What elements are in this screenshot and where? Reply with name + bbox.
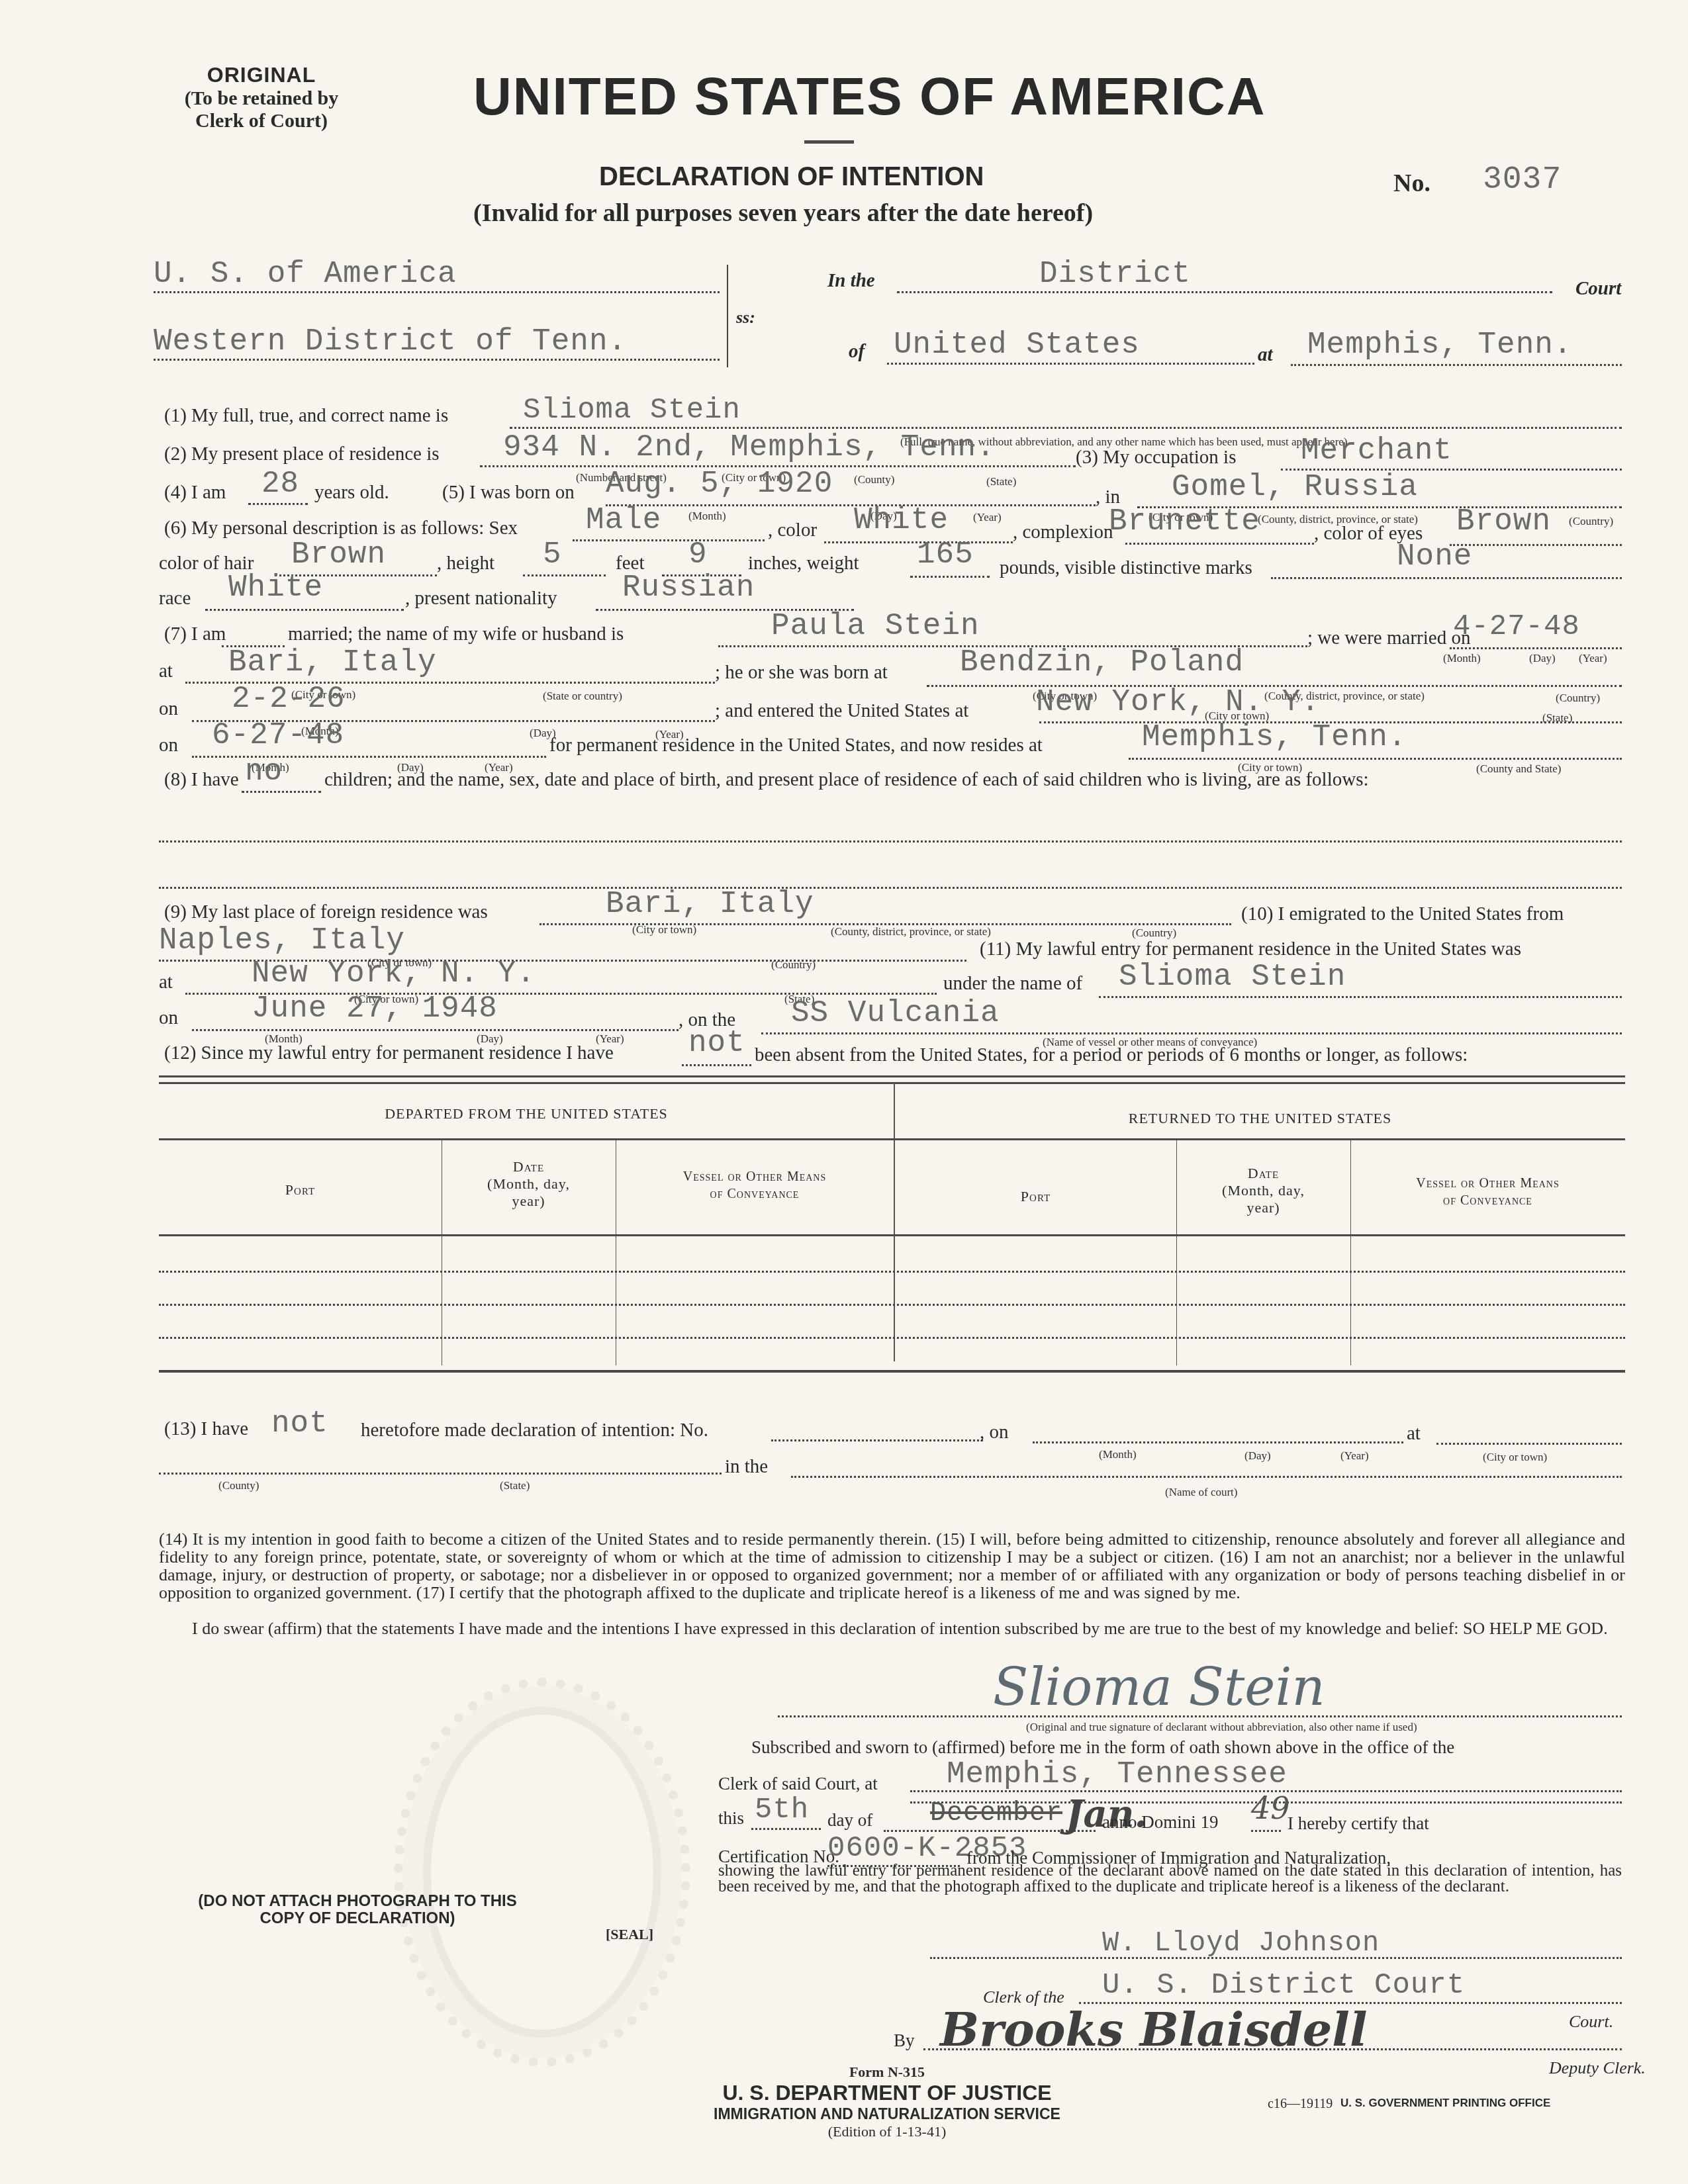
departed-date-sub-1: (Month, day, — [442, 1175, 616, 1193]
table-row-1 — [159, 1271, 1625, 1273]
service-name: IMMIGRATION AND NATURALIZATION SERVICE — [655, 2105, 1119, 2123]
q12-label: (12) Since my lawful entry for permanent… — [164, 1042, 614, 1064]
court-type-rule — [897, 291, 1552, 293]
entry-at-label: at — [159, 972, 173, 993]
q6-label: (6) My personal description is as follow… — [164, 518, 518, 539]
q13-on-label: , on — [980, 1422, 1009, 1443]
q13-county-state-rule — [159, 1473, 722, 1475]
caption-last-county: (County, district, province, or state) — [831, 925, 991, 938]
q4-suffix: years old. — [314, 482, 389, 504]
anno-label: anno Domini 19 — [1102, 1812, 1219, 1833]
seal-label: [SEAL] — [606, 1926, 653, 1943]
entry-on-label: on — [159, 1007, 178, 1029]
jurat-year-rule — [1251, 1830, 1281, 1832]
departed-date-sub-2: year) — [442, 1193, 616, 1210]
absent-field: not — [688, 1026, 745, 1060]
children-line-1 — [159, 841, 1622, 842]
returned-title: RETURNED TO THE UNITED STATES — [895, 1110, 1625, 1127]
vessel-rule — [761, 1032, 1622, 1034]
height-feet-field: 5 — [543, 537, 562, 572]
court-location: Memphis, Tenn. — [1307, 328, 1572, 362]
q13-court-rule — [791, 1476, 1622, 1478]
caption-last-city: (City or town) — [632, 923, 696, 936]
residence-field: 934 N. 2nd, Memphis, Tenn. — [503, 430, 996, 465]
declaration-number: 3037 — [1483, 162, 1562, 198]
oath-swear: I do swear (affirm) that the statements … — [159, 1619, 1625, 1637]
declarant-signature-rule — [778, 1715, 1622, 1717]
printer-name: U. S. GOVERNMENT PRINTING OFFICE — [1340, 2097, 1550, 2110]
jurat-intro: Subscribed and sworn to (affirmed) befor… — [751, 1737, 1454, 1758]
height-feet-rule — [523, 574, 606, 576]
certify-label: I hereby certify that — [1288, 1813, 1429, 1834]
table-top-rule-2 — [159, 1082, 1625, 1084]
court-type: District — [1039, 257, 1191, 291]
validity-note: (Invalid for all purposes seven years af… — [473, 199, 1093, 228]
returned-col-port: Port — [895, 1188, 1176, 1205]
returned-col-date: Date (Month, day, year) — [1176, 1165, 1350, 1216]
form-subtitle: DECLARATION OF INTENTION — [599, 162, 984, 192]
oath-text: (14) It is my intention in good faith to… — [159, 1530, 1625, 1602]
q5-label: (5) I was born on — [442, 482, 575, 504]
children-rule — [242, 791, 321, 793]
race-rule — [205, 609, 404, 611]
edition-note: (Edition of 1-13-41) — [655, 2123, 1119, 2140]
court-of: United States — [894, 328, 1140, 362]
q11-label: (11) My lawful entry for permanent resid… — [980, 938, 1521, 960]
q13-number-rule — [771, 1439, 983, 1441]
q12-text: been absent from the United States, for … — [755, 1044, 1468, 1066]
birth-place-field: Gomel, Russia — [1172, 470, 1418, 504]
day-of-label: day of — [827, 1810, 872, 1831]
original-label: ORIGINAL — [152, 63, 371, 87]
spouse-entry-date-field: 6-27-48 — [212, 718, 344, 752]
photo-note-line-1: (DO NOT ATTACH PHOTOGRAPH TO THIS — [152, 1893, 563, 1910]
q13-caption-year: (Year) — [1340, 1449, 1369, 1463]
age-rule — [248, 503, 308, 505]
q13-caption-city: (City or town) — [1483, 1451, 1547, 1464]
in-the-label: In the — [827, 270, 875, 292]
caption-state-country: (State or country) — [543, 690, 622, 703]
spouse-entered-label: ; and entered the United States at — [715, 700, 968, 722]
spouse-birth-place-field: Bendzin, Poland — [960, 645, 1244, 680]
complexion-field: Brunette — [1109, 504, 1260, 539]
caption-marriage-day: (Day) — [1529, 652, 1556, 665]
departed-col-date: Date (Month, day, year) — [442, 1158, 616, 1210]
marriage-date-rule — [1450, 647, 1622, 649]
form-number: Form N-315 — [655, 2064, 1119, 2081]
returned-vessel-heading-2: of Conveyance — [1350, 1192, 1625, 1209]
q13-at-label: at — [1407, 1423, 1421, 1445]
departed-vessel-heading-2: of Conveyance — [616, 1185, 894, 1203]
sex-rule — [573, 539, 765, 541]
departed-col-port: Port — [159, 1181, 442, 1199]
q13-caption-month: (Month) — [1099, 1448, 1137, 1461]
eyes-field: Brown — [1456, 504, 1551, 539]
departed-col-vessel: Vessel or Other Means of Conveyance — [616, 1168, 894, 1203]
returned-date-heading: Date — [1176, 1165, 1350, 1182]
returned-date-sub-1: (Month, day, — [1176, 1182, 1350, 1199]
original-note-2: Clerk of Court) — [152, 110, 371, 132]
height-inches-field: 9 — [688, 537, 708, 572]
caption-entry-state: (State) — [1542, 711, 1572, 725]
returned-col-divider-2 — [1350, 1140, 1351, 1365]
clerk-name-rule — [930, 1957, 1622, 1959]
absence-table: DEPARTED FROM THE UNITED STATES RETURNED… — [159, 1069, 1625, 1373]
caption-month: (Month) — [688, 510, 726, 523]
q13-caption-county: (County) — [218, 1479, 259, 1492]
marks-field: None — [1397, 539, 1472, 574]
departed-vessel-heading-1: Vessel or Other Means — [616, 1168, 894, 1185]
weight-rule — [910, 576, 990, 578]
page-title: UNITED STATES OF AMERICA — [473, 66, 1266, 127]
q13-text: heretofore made declaration of intention… — [361, 1420, 708, 1441]
photo-note-line-2: COPY OF DECLARATION) — [152, 1910, 563, 1927]
print-code: c16—19119 — [1268, 2097, 1333, 2112]
venue-state-line-2: Western District of Tenn. — [154, 324, 627, 359]
spouse-name-field: Paula Stein — [771, 609, 980, 643]
nationality-field: Russian — [622, 570, 755, 605]
q13-label: (13) I have — [164, 1418, 248, 1440]
declaration-number-label: No. — [1393, 169, 1430, 198]
q2-label: (2) My present place of residence is — [164, 443, 440, 465]
cert-text-2: showing the lawful entry for permanent r… — [718, 1863, 1622, 1895]
table-top-rule-1 — [159, 1075, 1625, 1077]
entry-name-rule — [1099, 996, 1622, 998]
q7-label: (7) I am — [164, 623, 226, 645]
q1-label: (1) My full, true, and correct name is — [164, 405, 448, 427]
caption-year: (Year) — [973, 511, 1002, 524]
eyes-rule — [1450, 544, 1622, 546]
jurat-month-struck: December — [930, 1799, 1062, 1829]
declarant-signature-caption: (Original and true signature of declaran… — [1026, 1721, 1417, 1734]
q4-label: (4) I am — [164, 482, 226, 504]
caption-marriage-month: (Month) — [1443, 652, 1481, 665]
q8-label: (8) I have — [164, 769, 239, 791]
court-at-label: at — [1258, 344, 1273, 366]
caption-state: (State) — [986, 475, 1016, 488]
color-field: White — [854, 503, 949, 537]
nationality-label: , present nationality — [405, 588, 557, 610]
deputy-rule — [923, 2048, 1622, 2050]
clerk-name: W. Lloyd Johnson — [1102, 1927, 1380, 1959]
table-bottom-rule — [159, 1370, 1625, 1373]
entry-date-rule — [192, 1029, 679, 1031]
table-row-3 — [159, 1337, 1625, 1339]
photo-note: (DO NOT ATTACH PHOTOGRAPH TO THIS COPY O… — [152, 1893, 563, 1927]
department-name: U. S. DEPARTMENT OF JUSTICE — [655, 2081, 1119, 2105]
spouse-entry-on-label: on — [159, 735, 178, 756]
q13-date-rule — [1033, 1441, 1403, 1443]
age-field: 28 — [261, 467, 299, 501]
marriage-place-field: Bari, Italy — [228, 645, 437, 680]
clerk-court-name: U. S. District Court — [1102, 1969, 1465, 2002]
spouse-birth-on-label: on — [159, 698, 178, 720]
caption-county: (County) — [854, 473, 894, 486]
table-subheader-rule — [159, 1138, 1625, 1140]
entry-date-field: June 27, 1948 — [252, 991, 498, 1026]
court-of-rule — [887, 363, 1254, 365]
footer-block: Form N-315 U. S. DEPARTMENT OF JUSTICE I… — [655, 2064, 1119, 2140]
q8-text: children; and the name, sex, date and pl… — [324, 769, 1369, 791]
table-header-bottom-rule — [159, 1234, 1625, 1236]
marks-rule — [1271, 577, 1622, 579]
race-label: race — [159, 588, 191, 610]
jurat-year: 49 — [1251, 1790, 1290, 1826]
married-label: married; the name of my wife or husband … — [288, 623, 624, 645]
returned-date-sub-2: year) — [1176, 1199, 1350, 1216]
last-residence-field: Bari, Italy — [606, 887, 814, 921]
children-field: no — [245, 754, 283, 789]
q13-caption-state: (State) — [500, 1479, 530, 1492]
ss-label: ss: — [736, 308, 755, 328]
absent-rule — [682, 1064, 751, 1066]
q13-in-the-label: in the — [725, 1456, 768, 1478]
original-note-1: (To be retained by — [152, 87, 371, 110]
court-location-rule — [1291, 364, 1622, 366]
venue-state-line-1-rule — [154, 291, 720, 293]
entry-name-field: Slioma Stein — [1119, 960, 1346, 994]
declarant-signature: Slioma Stein — [993, 1658, 1325, 1717]
by-label: By — [894, 2030, 915, 2051]
weight-field: 165 — [917, 537, 974, 572]
table-row-2 — [159, 1304, 1625, 1306]
emigrated-from-field: Naples, Italy — [159, 923, 405, 958]
married-on-label: ; we were married on — [1307, 627, 1470, 649]
caption-emigrated-country: (Country) — [771, 958, 816, 972]
title-underline — [804, 140, 854, 144]
complexion-rule — [1125, 543, 1314, 545]
original-label-block: ORIGINAL (To be retained by Clerk of Cou… — [152, 63, 371, 132]
children-line-2 — [159, 887, 1622, 889]
race-field: White — [228, 570, 323, 605]
clerk-at-label: Clerk of said Court, at — [718, 1774, 878, 1794]
birth-date-field: Aug. 5, 1920 — [606, 467, 833, 501]
q13-value: not — [271, 1406, 328, 1441]
full-name-rule — [510, 427, 1622, 429]
q9-label: (9) My last place of foreign residence w… — [164, 901, 488, 923]
q3-label: (3) My occupation is — [1076, 447, 1236, 469]
court-label: Court — [1575, 278, 1621, 300]
spouse-entry-place-field: New York, N. Y. — [1036, 685, 1320, 719]
permanent-label: for permanent residence in the United St… — [549, 735, 1043, 756]
jurat-location: Memphis, Tennessee — [947, 1757, 1288, 1792]
departed-date-heading: Date — [442, 1158, 616, 1175]
under-name-label: under the name of — [943, 973, 1082, 995]
court-suffix-label: Court. — [1569, 2012, 1613, 2032]
embossed-court-seal — [394, 1678, 690, 2067]
entry-place-field: New York, N. Y. — [252, 956, 536, 991]
jurat-day: 5th — [755, 1794, 809, 1827]
spouse-birth-date-field: 2-2-26 — [232, 682, 346, 716]
spouse-residence-field: Memphis, Tenn. — [1142, 720, 1407, 754]
sex-field: Male — [586, 503, 661, 537]
marriage-date-field: 4-27-48 — [1453, 610, 1580, 643]
pounds-label: pounds, visible distinctive marks — [1000, 557, 1252, 579]
q13-city-rule — [1436, 1443, 1622, 1445]
birth-date-rule — [606, 504, 1096, 506]
caption-last-country: (Country) — [1132, 927, 1176, 940]
caption-country: (Country) — [1569, 515, 1613, 528]
q13-caption-court: (Name of court) — [1165, 1486, 1238, 1499]
returned-vessel-heading-1: Vessel or Other Means — [1350, 1175, 1625, 1192]
q13-caption-day: (Day) — [1244, 1449, 1271, 1463]
height-label: , height — [437, 553, 494, 574]
complexion-label: , complexion — [1013, 522, 1113, 543]
spouse-born-label: ; he or she was born at — [715, 662, 888, 684]
venue-bracket — [723, 265, 728, 367]
hair-field: Brown — [291, 537, 386, 572]
venue-state-line-2-rule — [154, 359, 720, 361]
venue-state-line-1: U. S. of America — [154, 257, 457, 291]
occupation-field: Merchant — [1301, 433, 1452, 468]
this-label: this — [718, 1808, 744, 1829]
q10-label: (10) I emigrated to the United States fr… — [1241, 903, 1564, 925]
color-label: , color — [768, 520, 817, 541]
deputy-label: Deputy Clerk. — [1549, 2058, 1646, 2078]
spouse-residence-rule — [1129, 758, 1622, 760]
caption-spouse-country: (Country) — [1556, 692, 1600, 705]
caption-county-state: (County and State) — [1476, 762, 1561, 776]
returned-col-vessel: Vessel or Other Means of Conveyance — [1350, 1175, 1625, 1209]
caption-marriage-year: (Year) — [1579, 652, 1607, 665]
jurat-day-rule — [751, 1828, 821, 1830]
departed-title: DEPARTED FROM THE UNITED STATES — [159, 1105, 894, 1122]
full-name-field: Slioma Stein — [523, 394, 741, 427]
vessel-field: SS Vulcania — [791, 996, 1000, 1030]
inches-label: inches, weight — [748, 553, 859, 574]
marriage-at-label: at — [159, 660, 173, 682]
of-label: of — [849, 341, 865, 363]
